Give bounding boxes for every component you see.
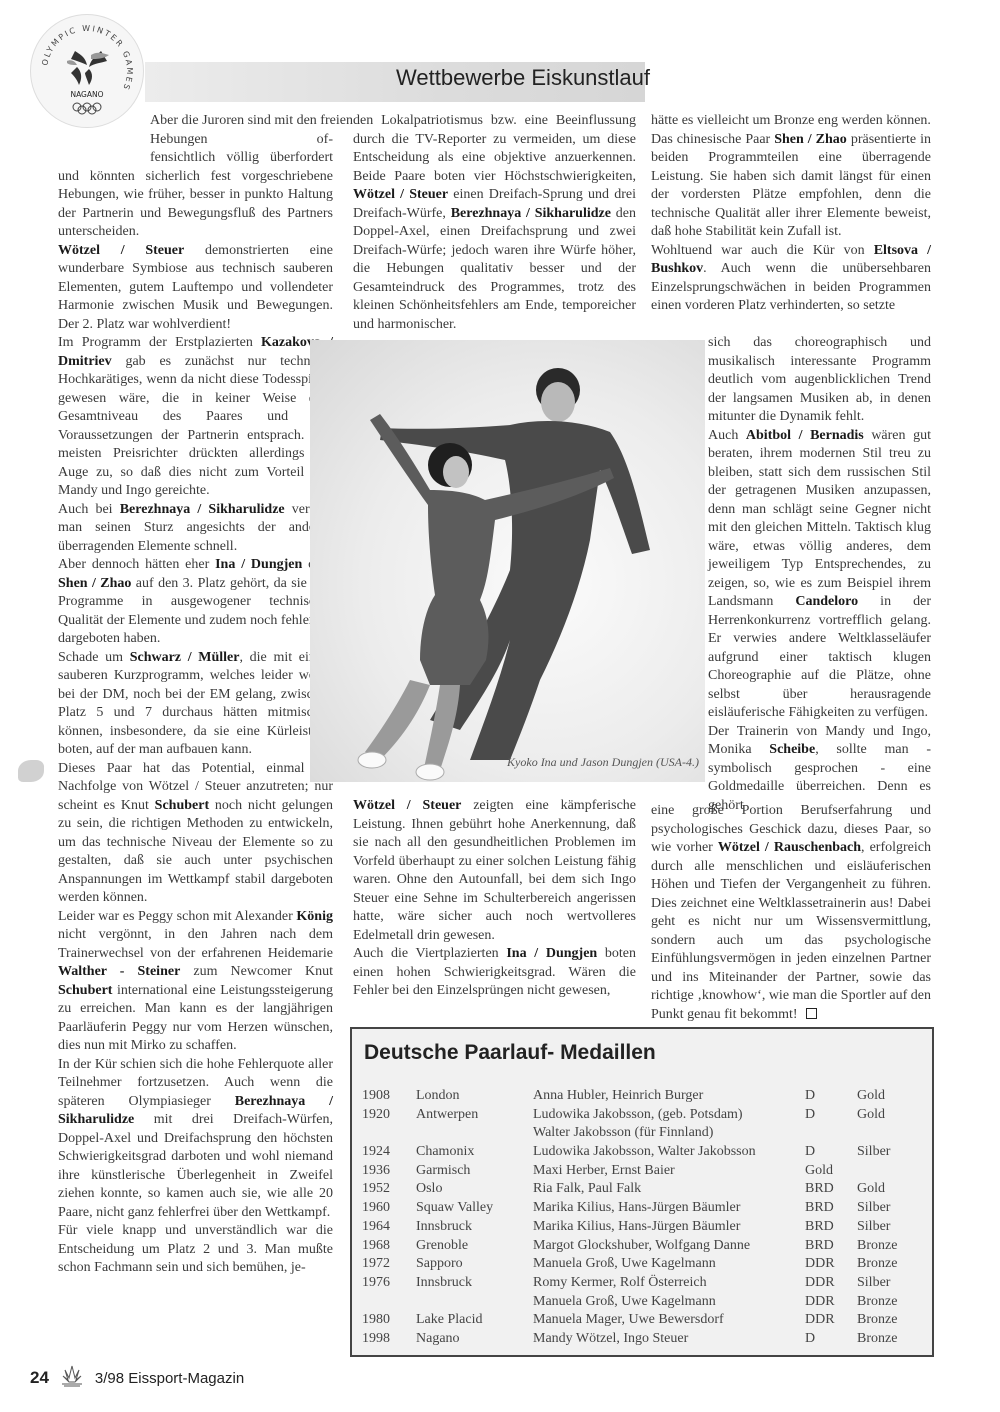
table-cell-jahr: 1936 <box>362 1162 416 1181</box>
table-cell-jahr: 1952 <box>362 1180 416 1199</box>
article-column-2: den Lokalpatriotismus bzw. eine Beeinflu… <box>353 112 636 334</box>
table-cell-ort: Antwerpen <box>416 1106 533 1125</box>
table-cell-paar: Marika Kilius, Hans-Jürgen Bäumler <box>533 1199 805 1218</box>
paragraph: Auch die Viertplazierten Ina / Dungjen b… <box>353 945 636 1001</box>
paragraph: Schade um Schwarz / Müller, die mit eine… <box>58 649 333 760</box>
paragraph: Aber dennoch hätten eher Ina / Dungjen o… <box>58 556 333 649</box>
table-cell-jahr: 1968 <box>362 1237 416 1256</box>
paragraph: Wohltuend war auch die Kür von Eltsova /… <box>651 242 931 316</box>
table-row: 1924ChamonixLudowika Jakobsson, Walter J… <box>362 1143 922 1162</box>
table-cell-medaille: Silber <box>857 1143 917 1162</box>
table-cell-ort: Garmisch <box>416 1162 533 1181</box>
table-cell-nation: Gold <box>805 1162 857 1181</box>
table-row: Walter Jakobsson (für Finnland) <box>362 1124 922 1143</box>
table-cell-jahr: 1920 <box>362 1106 416 1125</box>
table-cell-nation: D <box>805 1330 857 1349</box>
table-cell-medaille: Bronze <box>857 1330 917 1349</box>
article-column-3: hätte es vielleicht um Bronze eng werden… <box>651 112 931 316</box>
table-row: 1976InnsbruckRomy Kermer, Rolf Österreic… <box>362 1274 922 1293</box>
table-cell-medaille: Bronze <box>857 1237 917 1256</box>
table-cell-nation: BRD <box>805 1218 857 1237</box>
table-row: 1960Squaw ValleyMarika Kilius, Hans-Jürg… <box>362 1199 922 1218</box>
article-column-1: Aber die Juroren sind mit den freien Heb… <box>58 112 333 1278</box>
table-cell-paar: Manuela Groß, Uwe Kagelmann <box>533 1255 805 1274</box>
table-row: Manuela Groß, Uwe KagelmannDDRBronze <box>362 1293 922 1312</box>
table-cell-nation <box>805 1124 857 1143</box>
paragraph: Dieses Paar hat das Potential, einmal di… <box>58 760 333 908</box>
paragraph: Für viele knapp und unverständlich war d… <box>58 1222 333 1278</box>
paragraph: Aber die Juroren sind mit den freien <box>58 112 333 131</box>
table-cell-nation: DDR <box>805 1311 857 1330</box>
article-column-2-bottom: Wötzel / Steuer zeigten eine kämpferisch… <box>353 797 636 1001</box>
table-cell-paar: Ludowika Jakobsson, Walter Jakobsson <box>533 1143 805 1162</box>
paragraph: Wötzel / Steuer demonstrierten eine wund… <box>58 242 333 335</box>
table-cell-jahr <box>362 1293 416 1312</box>
table-cell-jahr: 1908 <box>362 1087 416 1106</box>
paragraph: Auch bei Berezhnaya / Sikharulidze verzi… <box>58 501 333 557</box>
table-cell-ort: Squaw Valley <box>416 1199 533 1218</box>
table-cell-paar: Walter Jakobsson (für Finnland) <box>533 1124 805 1143</box>
end-of-article-icon <box>806 1008 817 1019</box>
table-cell-paar: Marika Kilius, Hans-Jürgen Bäumler <box>533 1218 805 1237</box>
table-cell-ort: Chamonix <box>416 1143 533 1162</box>
table-cell-paar: Ludowika Jakobsson, (geb. Potsdam) <box>533 1106 805 1125</box>
table-cell-paar: Romy Kermer, Rolf Österreich <box>533 1274 805 1293</box>
svg-text:NAGANO: NAGANO <box>70 90 103 99</box>
paragraph: fensichtlich völlig überfordert und könn… <box>58 149 333 242</box>
table-cell-medaille: Gold <box>857 1087 917 1106</box>
table-row: 1964InnsbruckMarika Kilius, Hans-Jürgen … <box>362 1218 922 1237</box>
table-cell-paar: Manuela Mager, Uwe Bewersdorf <box>533 1311 805 1330</box>
table-cell-ort: Lake Placid <box>416 1311 533 1330</box>
table-cell-paar: Mandy Wötzel, Ingo Steuer <box>533 1330 805 1349</box>
paragraph: Im Programm der Erstplazierten Kazakova … <box>58 334 333 501</box>
table-row: 1936GarmischMaxi Herber, Ernst BaierGold <box>362 1162 922 1181</box>
table-cell-paar: Manuela Groß, Uwe Kagelmann <box>533 1293 805 1312</box>
paragraph: In der Kür schien sich die hohe Fehlerqu… <box>58 1056 333 1223</box>
table-cell-medaille: Gold <box>857 1180 917 1199</box>
table-cell-jahr: 1960 <box>362 1199 416 1218</box>
paragraph: den Lokalpatriotismus bzw. eine Beeinflu… <box>353 112 636 334</box>
nagano-olympic-logo-icon: OLYMPIC WINTER GAMES NAGANO <box>30 14 144 128</box>
table-cell-paar: Maxi Herber, Ernst Baier <box>533 1162 805 1181</box>
table-cell-medaille: Silber <box>857 1274 917 1293</box>
table-cell-nation: D <box>805 1106 857 1125</box>
svg-text:OLYMPIC WINTER GAMES: OLYMPIC WINTER GAMES <box>40 24 134 92</box>
table-cell-paar: Anna Hubler, Heinrich Burger <box>533 1087 805 1106</box>
table-cell-medaille: Silber <box>857 1199 917 1218</box>
page-footer: 24 3/98 Eissport-Magazin <box>30 1364 244 1392</box>
table-cell-ort: London <box>416 1087 533 1106</box>
table-cell-ort: Innsbruck <box>416 1274 533 1293</box>
table-cell-ort <box>416 1293 533 1312</box>
table-cell-paar: Margot Glockshuber, Wolfgang Danne <box>533 1237 805 1256</box>
table-title: Deutsche Paarlauf- Medaillen <box>364 1041 656 1065</box>
paragraph: Das chinesische Paar Shen / Zhao präsent… <box>651 131 931 242</box>
table-cell-nation: DDR <box>805 1255 857 1274</box>
table-cell-nation: BRD <box>805 1199 857 1218</box>
article-column-3-middle: sich das choreographisch und musikalisch… <box>708 334 931 815</box>
table-cell-jahr: 1964 <box>362 1218 416 1237</box>
paragraph: Leider war es Peggy schon mit Alexander … <box>58 908 333 1056</box>
table-cell-nation: BRD <box>805 1180 857 1199</box>
eissport-skate-logo-icon <box>59 1364 85 1392</box>
paragraph: Auch Abitbol / Bernadis wären gut berate… <box>708 427 931 723</box>
table-row: 1908LondonAnna Hubler, Heinrich BurgerDG… <box>362 1087 922 1106</box>
table-cell-jahr: 1976 <box>362 1274 416 1293</box>
table-cell-jahr: 1980 <box>362 1311 416 1330</box>
paragraph: sich das choreographisch und musikalisch… <box>708 334 931 427</box>
paragraph: eine große Portion Berufserfahrung und p… <box>651 802 931 1024</box>
paragraph: Wötzel / Steuer zeigten eine kämpferisch… <box>353 797 636 945</box>
table-cell-jahr: 1972 <box>362 1255 416 1274</box>
table-cell-jahr: 1924 <box>362 1143 416 1162</box>
table-cell-medaille: Bronze <box>857 1293 917 1312</box>
table-cell-paar: Ria Falk, Paul Falk <box>533 1180 805 1199</box>
table-cell-medaille <box>857 1124 917 1143</box>
table-body: 1908LondonAnna Hubler, Heinrich BurgerDG… <box>362 1087 922 1349</box>
table-cell-ort: Grenoble <box>416 1237 533 1256</box>
article-column-3-bottom: eine große Portion Berufserfahrung und p… <box>651 802 931 1024</box>
table-row: 1998NaganoMandy Wötzel, Ingo SteuerDBron… <box>362 1330 922 1349</box>
decorative-mark-icon <box>18 760 44 782</box>
medal-table: Deutsche Paarlauf- Medaillen 1908LondonA… <box>350 1027 934 1357</box>
table-row: 1952OsloRia Falk, Paul FalkBRDGold <box>362 1180 922 1199</box>
table-cell-ort: Nagano <box>416 1330 533 1349</box>
skating-pair-photo: Kyoko Ina und Jason Dungjen (USA-4.) <box>310 340 705 782</box>
table-cell-nation: BRD <box>805 1237 857 1256</box>
table-cell-ort: Sapporo <box>416 1255 533 1274</box>
table-cell-ort: Oslo <box>416 1180 533 1199</box>
table-cell-medaille: Silber <box>857 1218 917 1237</box>
table-cell-jahr: 1998 <box>362 1330 416 1349</box>
table-cell-nation: DDR <box>805 1274 857 1293</box>
table-row: 1980Lake PlacidManuela Mager, Uwe Bewers… <box>362 1311 922 1330</box>
table-cell-nation: D <box>805 1143 857 1162</box>
table-cell-medaille: Gold <box>857 1106 917 1125</box>
paragraph: Hebungen of- <box>58 131 333 150</box>
photo-caption: Kyoko Ina und Jason Dungjen (USA-4.) <box>507 755 699 770</box>
table-cell-ort: Innsbruck <box>416 1218 533 1237</box>
table-cell-ort <box>416 1124 533 1143</box>
table-cell-nation: DDR <box>805 1293 857 1312</box>
table-cell-medaille: Bronze <box>857 1255 917 1274</box>
publication-name: 3/98 Eissport-Magazin <box>95 1370 244 1387</box>
page-title: Wettbewerbe Eiskunstlauf <box>360 65 650 91</box>
paragraph: hätte es vielleicht um Bronze eng werden… <box>651 112 931 131</box>
table-cell-jahr <box>362 1124 416 1143</box>
table-row: 1972SapporoManuela Groß, Uwe KagelmannDD… <box>362 1255 922 1274</box>
page-number: 24 <box>30 1368 49 1388</box>
table-cell-medaille: Bronze <box>857 1311 917 1330</box>
table-row: 1968GrenobleMargot Glockshuber, Wolfgang… <box>362 1237 922 1256</box>
table-cell-nation: D <box>805 1087 857 1106</box>
table-row: 1920AntwerpenLudowika Jakobsson, (geb. P… <box>362 1106 922 1125</box>
table-cell-medaille <box>857 1162 917 1181</box>
